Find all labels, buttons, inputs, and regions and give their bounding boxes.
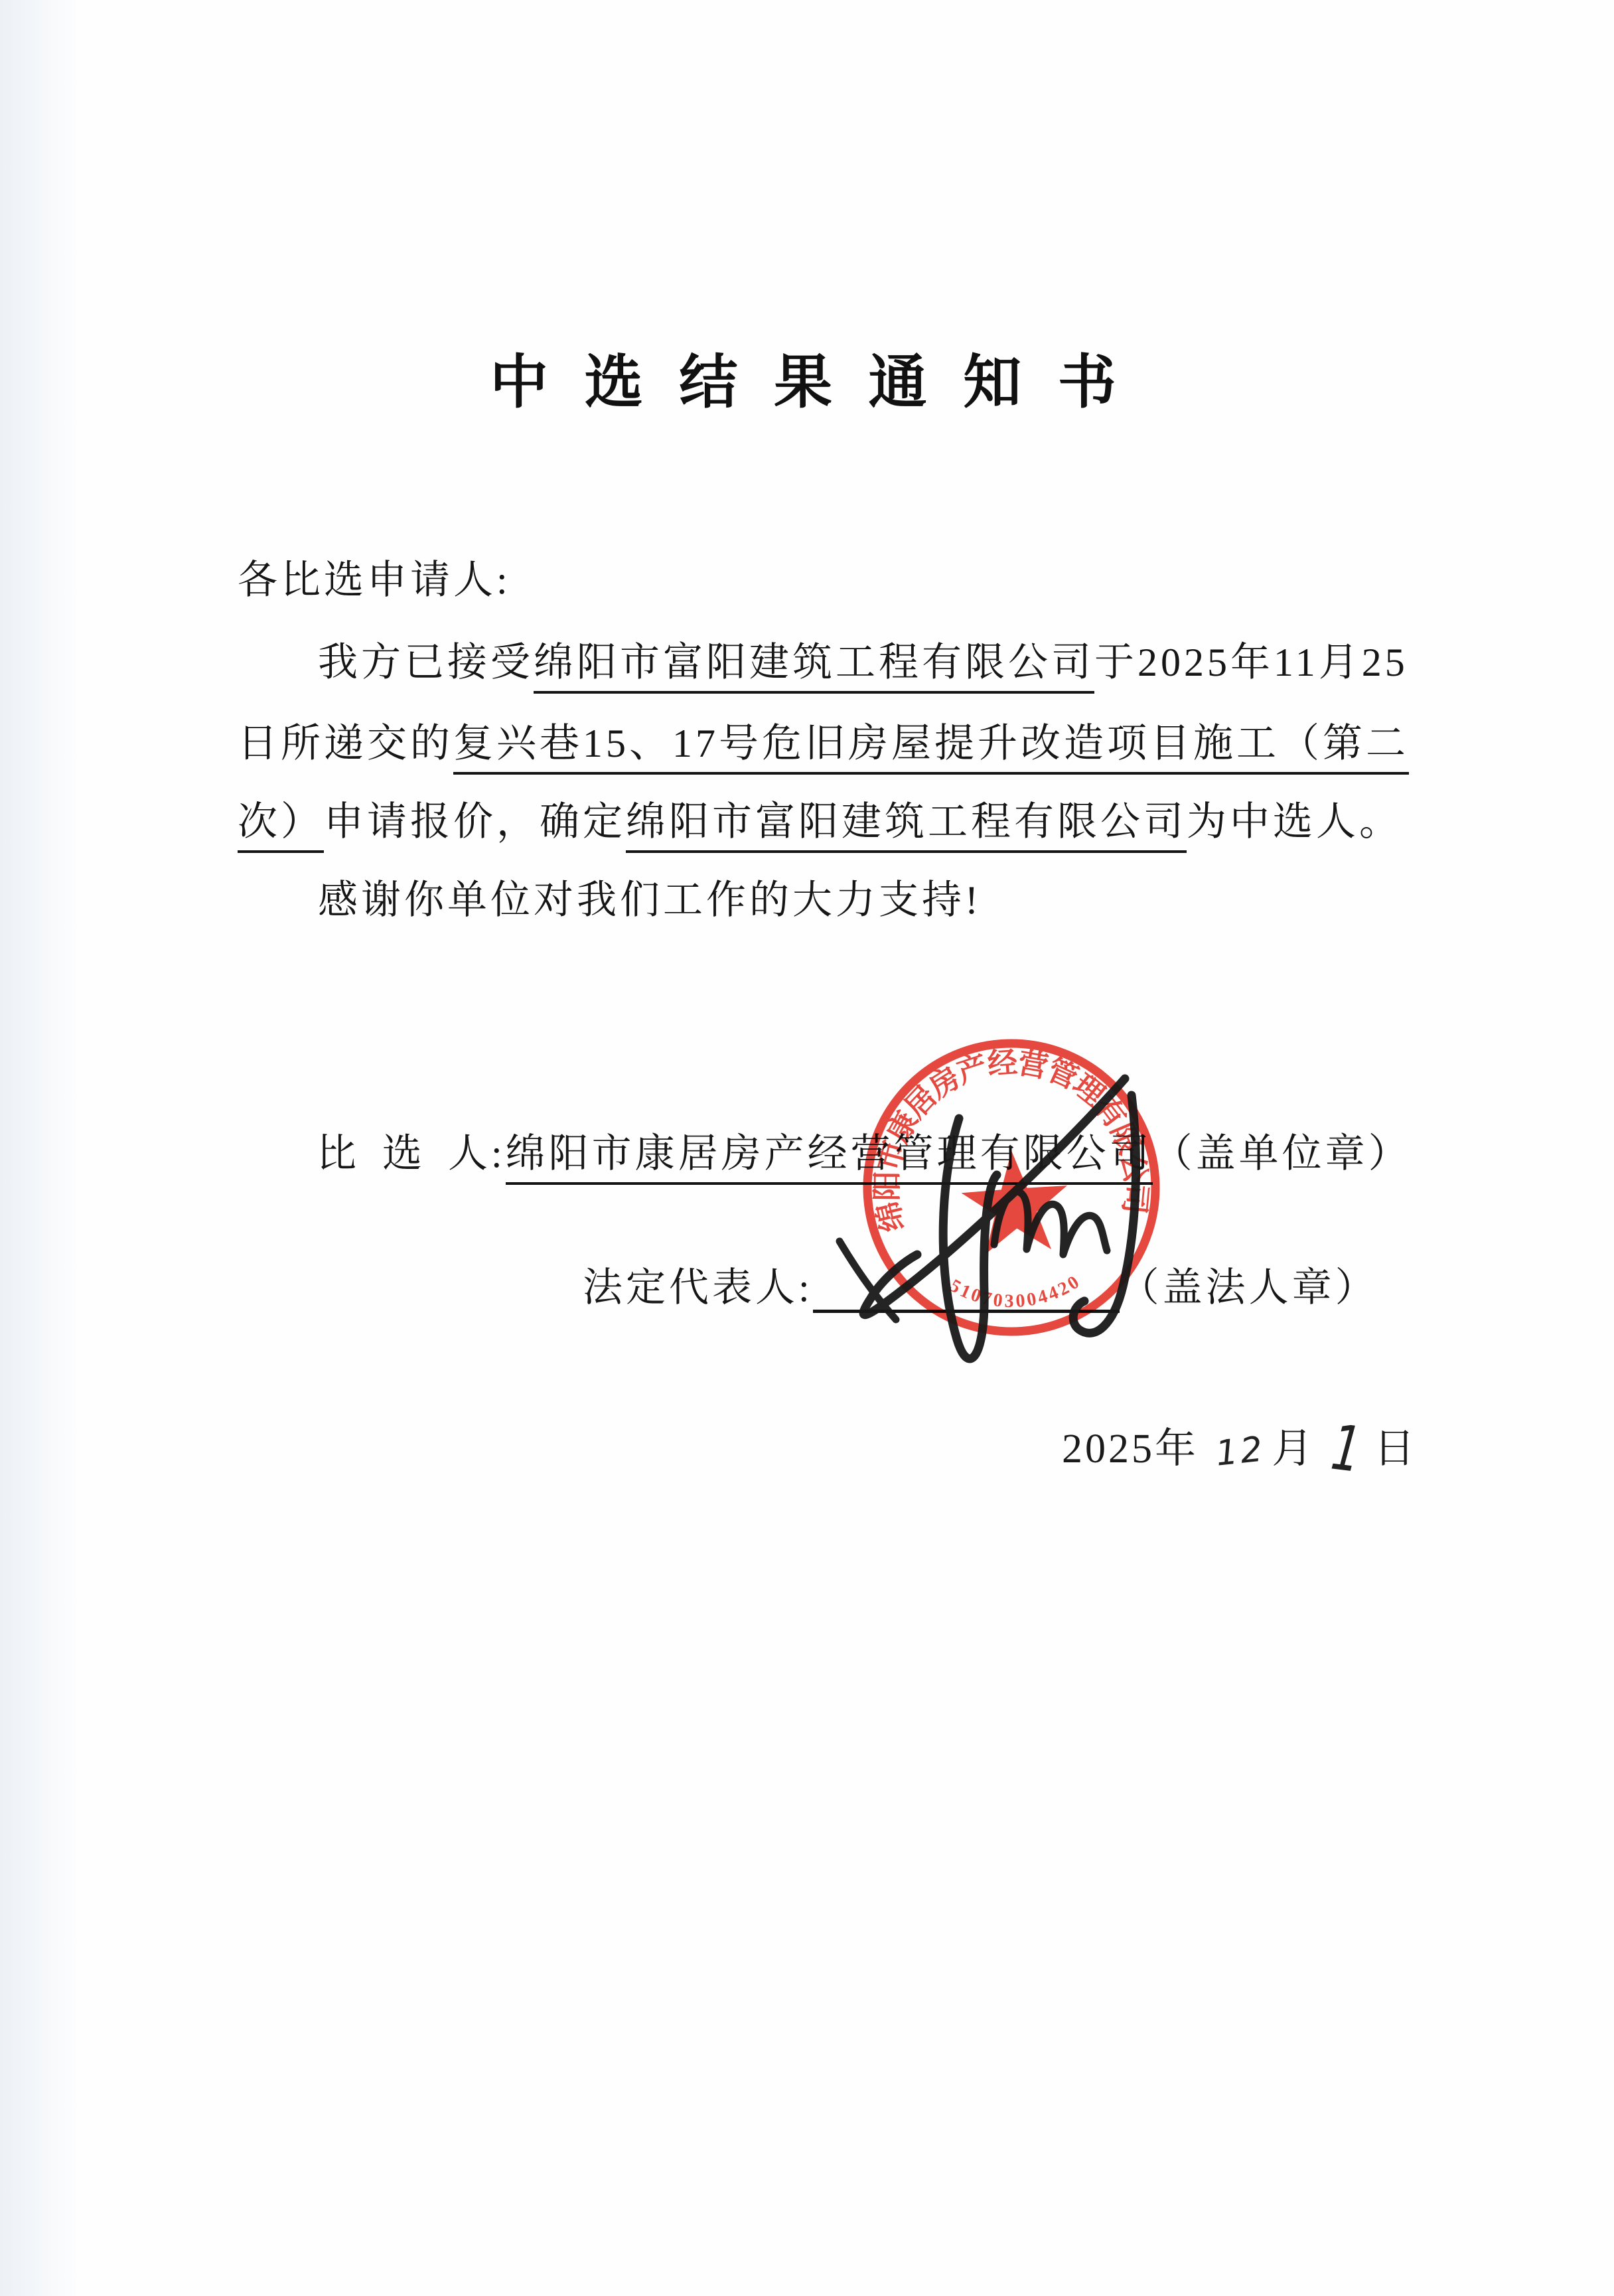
body-line1-pre: 我方已接受 xyxy=(318,641,534,684)
body-line-4: 感谢你单位对我们工作的大力支持! xyxy=(318,868,982,925)
salutation-text: 各比选申请人: xyxy=(238,558,511,602)
body-line3-mid: 申请报价，确定 xyxy=(324,800,626,844)
bixuan-label: 比 选 人: xyxy=(317,1132,506,1176)
handwritten-signature xyxy=(770,1055,1195,1374)
date-month-unit: 月 xyxy=(1272,1415,1315,1474)
salutation-line: 各比选申请人: xyxy=(238,548,511,605)
date-year: 2025年 xyxy=(1062,1415,1199,1474)
document-title: 中 选 结 果 通 知 书 xyxy=(0,336,1614,420)
body-line3-post: 为中选人。 xyxy=(1187,800,1402,844)
date-line: 2025年12月1日 xyxy=(1062,1415,1418,1474)
body-line-3: 次）申请报价，确定绵阳市富阳建筑工程有限公司为中选人。 xyxy=(238,790,1402,847)
document-page: 中 选 结 果 通 知 书 各比选申请人: 我方已接受绵阳市富阳建筑工程有限公司… xyxy=(0,0,1614,2296)
body-line1-post: 于2025年11月25 xyxy=(1094,641,1408,684)
body-line2-pre: 日所递交的 xyxy=(238,722,453,765)
signature-stroke-diagonal xyxy=(863,1079,1125,1315)
body-line-2: 日所递交的复兴巷15、17号危旧房屋提升改造项目施工（第二 xyxy=(238,712,1409,769)
date-month-handwritten: 12 xyxy=(1214,1429,1267,1474)
body-line-1: 我方已接受绵阳市富阳建筑工程有限公司于2025年11月25 xyxy=(318,631,1408,688)
body-line3-underlined-cont: 次） xyxy=(238,800,324,853)
date-day-handwritten: 1 xyxy=(1329,1422,1366,1476)
body-line4-text: 感谢你单位对我们工作的大力支持! xyxy=(318,878,982,922)
body-line3-underlined-company: 绵阳市富阳建筑工程有限公司 xyxy=(626,800,1187,853)
date-day-unit: 日 xyxy=(1374,1415,1418,1474)
body-line1-underlined-company: 绵阳市富阳建筑工程有限公司 xyxy=(534,641,1094,694)
body-line2-underlined-project: 复兴巷15、17号危旧房屋提升改造项目施工（第二 xyxy=(453,722,1409,775)
